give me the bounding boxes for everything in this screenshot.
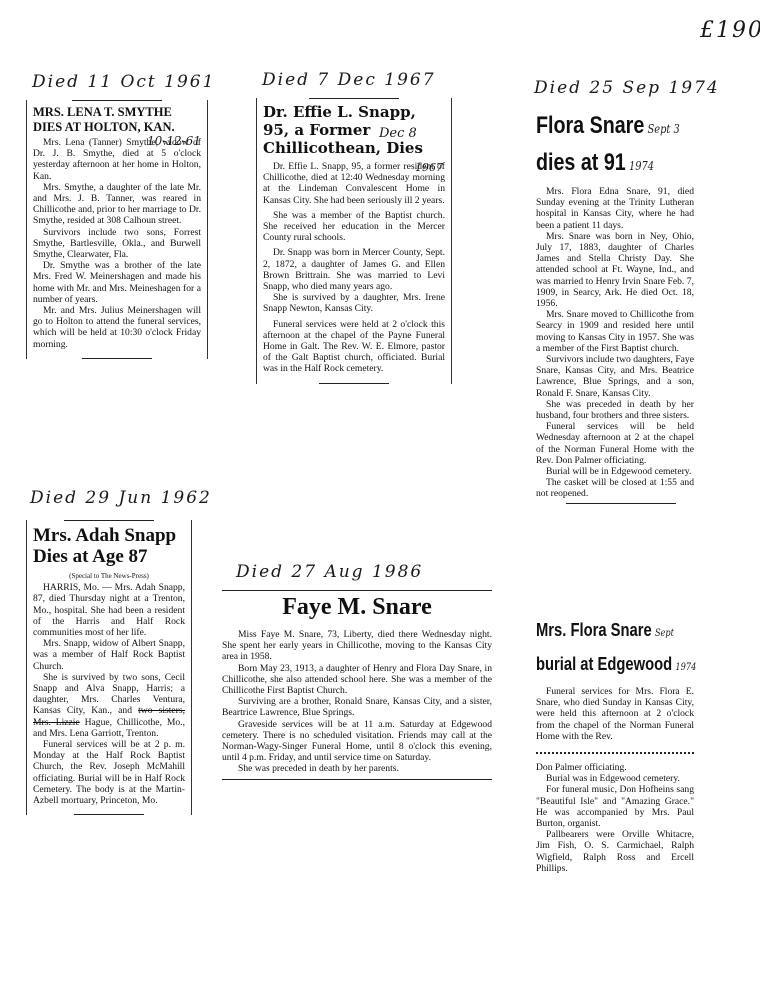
paragraph: Funeral services for Mrs. Flora E. Snare…: [536, 686, 694, 742]
torn-edge: [536, 748, 694, 754]
paragraph: Graveside services will be at 11 a.m. Sa…: [222, 719, 492, 764]
headline: Faye M. Snare: [222, 593, 492, 621]
divider: [74, 814, 144, 815]
divider: [222, 590, 492, 591]
paragraph: Mr. and Mrs. Julius Meinershagen will go…: [33, 305, 201, 350]
paragraph: Survivors include two daughters, Faye Sn…: [536, 354, 694, 399]
headline: Dr. Effie L. Snapp, 95, a Former Chillic…: [263, 103, 445, 157]
handwritten-date-faye: Died 27 Aug 1986: [236, 562, 423, 582]
handwritten-date-adah: Died 29 Jun 1962: [30, 488, 212, 508]
handwritten-date-smythe: Died 11 Oct 1961: [32, 72, 215, 92]
handwritten-date-effie: Died 7 Dec 1967: [262, 70, 436, 90]
handwritten-annotation: 1974: [629, 159, 654, 173]
paragraph: Mrs. Flora Edna Snare, 91, died Sunday e…: [536, 186, 694, 231]
headline-line-2: dies at 911974: [536, 149, 666, 180]
paragraph: She is survived by two sons, Cecil Snapp…: [33, 672, 185, 739]
paragraph: For funeral music, Don Hofheins sang "Be…: [536, 784, 694, 829]
divider: [222, 779, 492, 780]
paragraph: Funeral services will be at 2 p. m. Mond…: [33, 739, 185, 806]
handwritten-annotation: Sept 3: [648, 122, 680, 136]
paragraph: She was preceded in death by her husband…: [536, 399, 694, 421]
divider: [64, 520, 154, 521]
clipping-effie-snapp: Dr. Effie L. Snapp, 95, a Former Chillic…: [256, 98, 452, 384]
handwritten-annotation: 10-12-61: [147, 136, 201, 147]
headline-line-2: burial at Edgewood1974: [536, 652, 666, 680]
paragraph: Mrs. Snare moved to Chillicothe from Sea…: [536, 309, 694, 354]
paragraph: She was a member of the Baptist church. …: [263, 210, 445, 244]
headline: Mrs. Adah Snapp Dies at Age 87: [33, 525, 185, 567]
clipping-smythe: MRS. LENA T. SMYTHE DIES AT HOLTON, KAN.…: [26, 100, 208, 359]
handwritten-annotation: Dec 8: [379, 128, 417, 139]
handwritten-annotation: 1967: [415, 162, 443, 173]
paragraph: She was preceded in death by her parents…: [222, 763, 492, 774]
paragraph: Mrs. Snare was born in Ney, Ohio, July 1…: [536, 231, 694, 309]
paragraph: Survivors include two sons, Forrest Smyt…: [33, 227, 201, 261]
paragraph: She is survived by a daughter, Mrs. Iren…: [263, 292, 445, 314]
divider: [82, 358, 152, 359]
paragraph: Mrs. Smythe, a daughter of the late Mr. …: [33, 182, 201, 227]
headline-line-1: Flora SnareSept 3: [536, 112, 666, 143]
paragraph: Funeral services will be held Wednesday …: [536, 421, 694, 466]
page-number: £190: [700, 18, 760, 43]
paragraph: Mrs. Snapp, widow of Albert Snapp, was a…: [33, 638, 185, 672]
divider: [72, 100, 162, 101]
divider: [566, 503, 676, 504]
paragraph: Don Palmer officiating.: [536, 762, 694, 773]
paragraph: Dr. Snapp was born in Mercer County, Sep…: [263, 247, 445, 292]
paragraph: Miss Faye M. Snare, 73, Liberty, died th…: [222, 629, 492, 663]
paragraph: Pallbearers were Orville Whitacre, Jim F…: [536, 829, 694, 874]
clipping-flora-burial: Mrs. Flora SnareSept burial at Edgewood1…: [536, 614, 694, 874]
byline: (Special to The News-Press): [33, 571, 185, 582]
divider: [309, 98, 399, 99]
paragraph: Dr. Smythe was a brother of the late Mrs…: [33, 260, 201, 305]
paragraph: Surviving are a brother, Ronald Snare, K…: [222, 696, 492, 718]
clipping-adah-snapp: Mrs. Adah Snapp Dies at Age 87 (Special …: [26, 520, 192, 815]
paragraph: Burial will be in Edgewood cemetery.: [536, 466, 694, 477]
headline: MRS. LENA T. SMYTHE DIES AT HOLTON, KAN.: [33, 105, 201, 135]
clipping-flora-snare: Flora SnareSept 3 dies at 911974 Mrs. Fl…: [536, 110, 694, 504]
paragraph: Born May 23, 1913, a daughter of Henry a…: [222, 663, 492, 697]
clipping-faye-snare: Faye M. Snare Miss Faye M. Snare, 73, Li…: [222, 590, 492, 782]
headline-line-1: Mrs. Flora SnareSept: [536, 618, 666, 646]
divider: [319, 383, 389, 384]
paragraph: HARRIS, Mo. — Mrs. Adah Snapp, 87, died …: [33, 582, 185, 638]
handwritten-date-flora: Died 25 Sep 1974: [534, 78, 720, 98]
paragraph: Burial was in Edgewood cemetery.: [536, 773, 694, 784]
handwritten-annotation: Sept: [655, 628, 674, 639]
paragraph: Funeral services were held at 2 o'clock …: [263, 319, 445, 375]
handwritten-annotation: 1974: [675, 662, 696, 673]
paragraph: The casket will be closed at 1:55 and no…: [536, 477, 694, 499]
